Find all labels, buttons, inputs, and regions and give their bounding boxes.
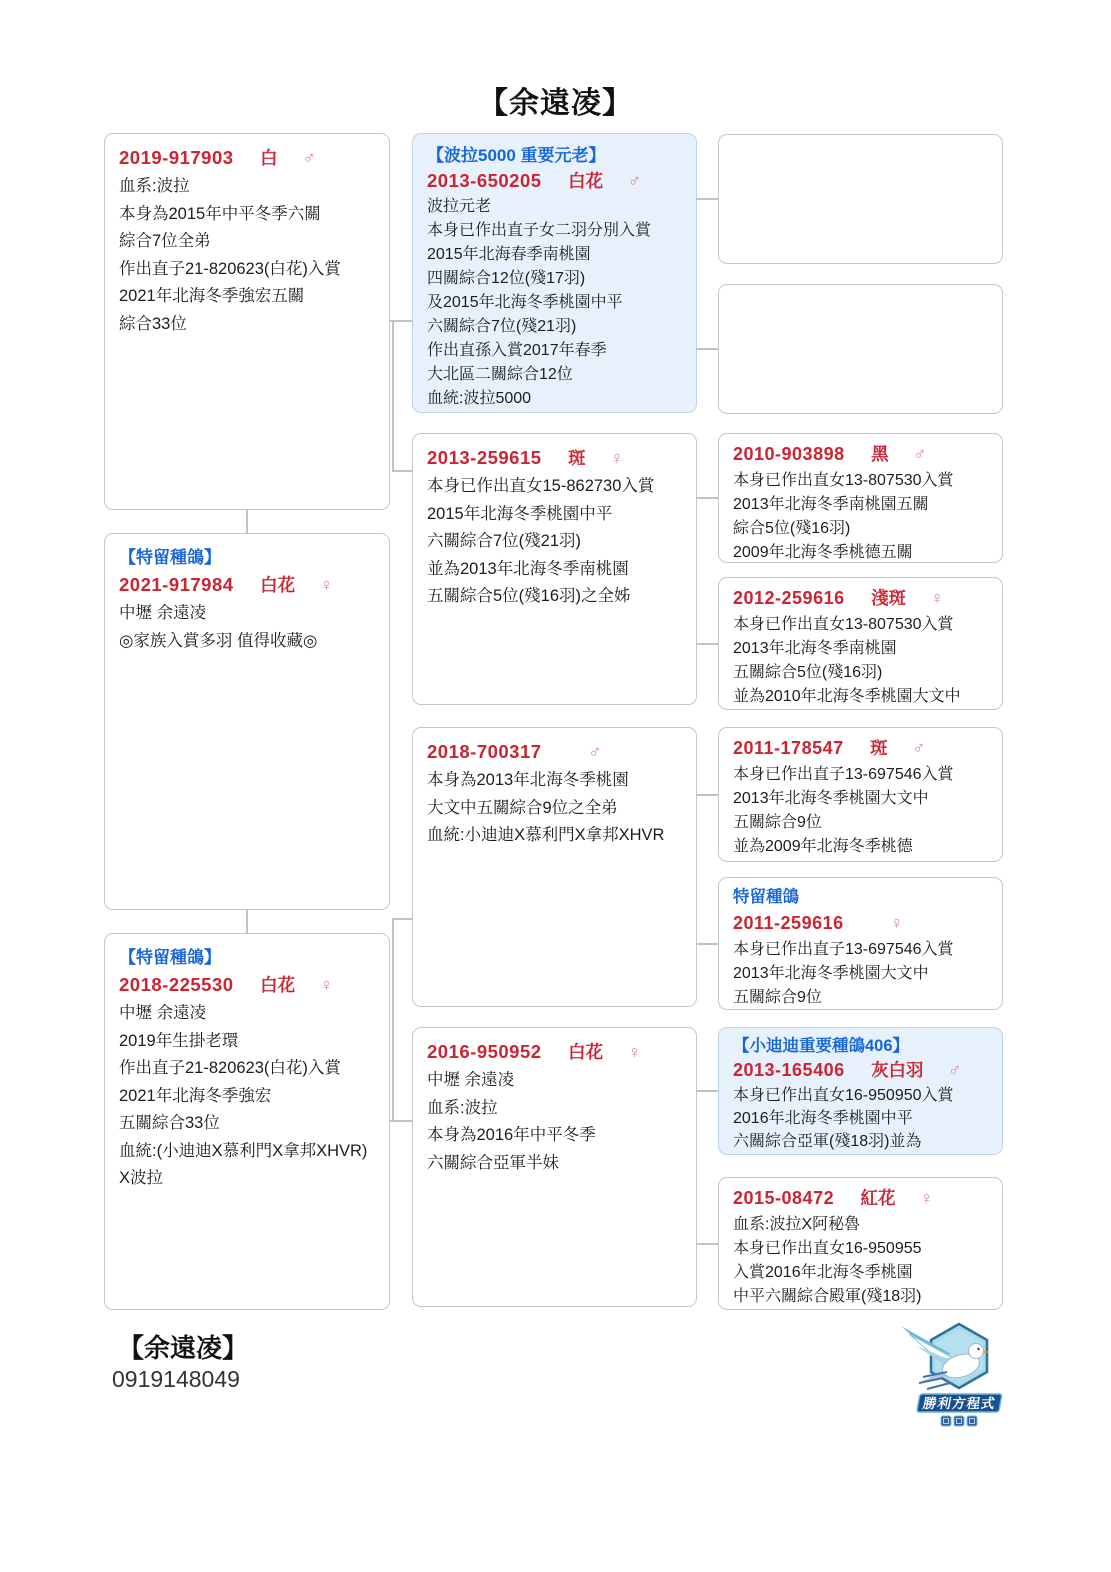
pedigree-text-line: 2021年北海冬季強宏 bbox=[119, 1083, 377, 1111]
box-content: 本身已作出直女13-807530入賞2013年北海冬季南桃園五關綜合5位(殘16… bbox=[733, 613, 990, 709]
pedigree-text-line: 綜合33位 bbox=[119, 311, 377, 339]
pedigree-text-line: 本身已作出直子女二羽分別入賞 bbox=[427, 219, 684, 243]
pedigree-text-line: 作出直子21-820623(白花)入賞 bbox=[119, 1055, 377, 1083]
pedigree-text-line: 中平六關綜合殿軍(殘18羽) bbox=[733, 1285, 990, 1309]
ring-line: 2011-178547 斑 ♂ bbox=[733, 735, 990, 763]
pedigree-text-line: 六關綜合7位(殘21羽) bbox=[427, 315, 684, 339]
ring-line: 2010-903898 黑 ♂ bbox=[733, 441, 990, 469]
connector-line bbox=[246, 910, 248, 934]
pedigree-text-line: 並為2009年北海冬季桃德 bbox=[733, 835, 990, 859]
ring-number: 2013-650205 bbox=[427, 170, 542, 191]
pedigree-box-paternal-granddam: 2013-259615 斑 ♀ 本身已作出直女15-862730入賞2015年北… bbox=[412, 433, 697, 705]
sex-symbol: ♂ bbox=[588, 742, 602, 762]
pedigree-text-line: 本身為2016年中平冬季 bbox=[427, 1122, 684, 1150]
pedigree-text-line: 2019年生掛老環 bbox=[119, 1028, 377, 1056]
pedigree-text-line: 本身已作出直子13-697546入賞 bbox=[733, 938, 990, 962]
ring-line: 2018-225530 白花 ♀ bbox=[119, 971, 377, 1000]
ring-line: 2013-165406 灰白羽 ♂ bbox=[733, 1058, 990, 1084]
ring-number: 2012-259616 bbox=[733, 588, 845, 608]
ring-line: 2012-259616 淺斑 ♀ bbox=[733, 585, 990, 613]
pedigree-text-line: 五關綜合9位 bbox=[733, 986, 990, 1010]
color-label: 黑 bbox=[871, 444, 889, 464]
pedigree-box-dam: 【特留種鴿】 2018-225530 白花 ♀ 中壢 余遠凌2019年生掛老環作… bbox=[104, 933, 390, 1310]
pedigree-text-line: 四關綜合12位(殘17羽) bbox=[427, 267, 684, 291]
connector-line bbox=[696, 198, 719, 200]
color-label: 灰白羽 bbox=[871, 1060, 924, 1080]
box-header: 特留種鴿 bbox=[733, 885, 990, 910]
pedigree-text-line: 本身已作出直女15-862730入賞 bbox=[427, 473, 684, 501]
ring-line: 2021-917984 白花 ♀ bbox=[119, 571, 377, 600]
ring-line: 2015-08472 紅花 ♀ bbox=[733, 1185, 990, 1213]
pedigree-text-line: 並為2013年北海冬季南桃園 bbox=[427, 556, 684, 584]
sex-symbol: ♂ bbox=[912, 738, 926, 758]
connector-line bbox=[696, 643, 719, 645]
ring-number: 2013-259615 bbox=[427, 447, 542, 468]
ring-line: 2018-700317 ♂ bbox=[427, 738, 684, 767]
victory-formula-logo: 勝利方程式 bbox=[893, 1320, 1015, 1438]
sex-symbol: ♂ bbox=[302, 148, 316, 168]
pedigree-box-maternal-grandsire: 2018-700317 ♂ 本身為2013年北海冬季桃園大文中五關綜合9位之全弟… bbox=[412, 727, 697, 1007]
color-label: 斑 bbox=[870, 738, 888, 758]
box-content: 本身已作出直子13-697546入賞2013年北海冬季桃園大文中五關綜合9位並為… bbox=[733, 763, 990, 859]
ring-number: 2019-917903 bbox=[119, 147, 234, 168]
color-label: 紅花 bbox=[861, 1188, 896, 1208]
ring-line: 2011-259616 ♀ bbox=[733, 910, 990, 938]
logo-badge-tiles bbox=[941, 1416, 977, 1426]
pedigree-text-line: 本身已作出直女13-807530入賞 bbox=[733, 469, 990, 493]
pedigree-box-sire: 2019-917903 白 ♂ 血系:波拉本身為2015年中平冬季六關綜合7位全… bbox=[104, 133, 390, 510]
connector-line bbox=[392, 320, 394, 471]
ring-line: 2019-917903 白 ♂ bbox=[119, 144, 377, 173]
pedigree-box-dd-sire: 【小迪迪重要種鴿406】 2013-165406 灰白羽 ♂ 本身已作出直女16… bbox=[718, 1027, 1003, 1155]
pedigree-text-line: 入賞2016年北海冬季桃園 bbox=[733, 1261, 990, 1285]
pedigree-text-line: 本身已作出直女16-950950入賞 bbox=[733, 1084, 990, 1107]
pedigree-text-line: 中壢 余遠凌 bbox=[427, 1067, 684, 1095]
pedigree-text-line: 並為2010年北海冬季桃園大文中 bbox=[733, 685, 990, 709]
box-header: 【特留種鴿】 bbox=[119, 944, 377, 971]
ring-number: 2018-225530 bbox=[119, 974, 234, 995]
sex-symbol: ♀ bbox=[628, 1042, 642, 1062]
sex-symbol: ♀ bbox=[610, 448, 624, 468]
pedigree-box-main-bird: 【特留種鴿】 2021-917984 白花 ♀ 中壢 余遠凌◎家族入賞多羽 值得… bbox=[104, 533, 390, 910]
box-content: 本身已作出直子13-697546入賞2013年北海冬季桃園大文中五關綜合9位 bbox=[733, 938, 990, 1010]
box-content: 中壢 余遠凌2019年生掛老環作出直子21-820623(白花)入賞2021年北… bbox=[119, 1000, 377, 1193]
box-content: 本身已作出直女13-807530入賞2013年北海冬季南桃園五關綜合5位(殘16… bbox=[733, 469, 990, 563]
pedigree-text-line: 五關綜合5位(殘16羽)之全姊 bbox=[427, 583, 684, 611]
pedigree-box-paternal-grandsire: 【波拉5000 重要元老】 2013-650205 白花 ♂ 波拉元老本身已作出… bbox=[412, 133, 697, 413]
pedigree-text-line: 作出直子21-820623(白花)入賞 bbox=[119, 256, 377, 284]
pedigree-text-line: 2015年北海冬季桃園中平 bbox=[427, 501, 684, 529]
connector-line bbox=[696, 794, 719, 796]
ring-number: 2015-08472 bbox=[733, 1188, 834, 1208]
pedigree-text-line: 五關綜合33位 bbox=[119, 1110, 377, 1138]
pedigree-text-line: 2009年北海冬季桃德五關 bbox=[733, 541, 990, 563]
pedigree-text-line: 綜合5位(殘16羽) bbox=[733, 517, 990, 541]
color-label: 淺斑 bbox=[871, 588, 906, 608]
connector-line bbox=[392, 918, 394, 1121]
pigeon-logo-graphic: 勝利方程式 bbox=[893, 1320, 1015, 1438]
connector-line bbox=[392, 918, 413, 920]
logo-text: 勝利方程式 bbox=[922, 1395, 997, 1411]
box-content: 本身已作出直女16-950950入賞2016年北海冬季桃園中平六關綜合亞軍(殘1… bbox=[733, 1084, 990, 1153]
pedigree-text-line: X波拉 bbox=[119, 1165, 377, 1193]
pedigree-text-line: 血統:(小迪迪X慕利門X拿邦XHVR) bbox=[119, 1138, 377, 1166]
pedigree-text-line: 五關綜合9位 bbox=[733, 811, 990, 835]
ring-number: 2013-165406 bbox=[733, 1060, 845, 1080]
page-title: 【余遠凌】 bbox=[0, 78, 1111, 122]
pedigree-text-line: 血系:波拉 bbox=[119, 173, 377, 201]
pedigree-box-sd-sire: 2010-903898 黑 ♂ 本身已作出直女13-807530入賞2013年北… bbox=[718, 433, 1003, 563]
logo-banner: 勝利方程式 bbox=[917, 1394, 1002, 1412]
pedigree-text-line: 本身為2015年中平冬季六關 bbox=[119, 201, 377, 229]
pedigree-text-line: 六關綜合亞軍半妹 bbox=[427, 1150, 684, 1178]
pedigree-text-line: 本身已作出直女13-807530入賞 bbox=[733, 613, 990, 637]
pedigree-text-line: 血系:波拉 bbox=[427, 1095, 684, 1123]
pedigree-text-line: 2013年北海冬季南桃園五關 bbox=[733, 493, 990, 517]
color-label: 斑 bbox=[568, 448, 586, 468]
ring-number: 2021-917984 bbox=[119, 574, 234, 595]
pigeon-head bbox=[969, 1344, 984, 1359]
pedigree-text-line: 本身已作出直子13-697546入賞 bbox=[733, 763, 990, 787]
pedigree-text-line: 2013年北海冬季桃園大文中 bbox=[733, 962, 990, 986]
ring-line: 2013-259615 斑 ♀ bbox=[427, 444, 684, 473]
pedigree-text-line: ◎家族入賞多羽 值得收藏◎ bbox=[119, 628, 377, 656]
box-content: 血系:波拉本身為2015年中平冬季六關綜合7位全弟作出直子21-820623(白… bbox=[119, 173, 377, 338]
connector-line bbox=[392, 470, 413, 472]
color-label: 白花 bbox=[260, 575, 295, 595]
pedigree-box-ss-sire-empty bbox=[718, 134, 1003, 264]
connector-line bbox=[696, 497, 719, 499]
pedigree-text-line: 六關綜合7位(殘21羽) bbox=[427, 528, 684, 556]
pedigree-text-line: 血系:波拉X阿秘魯 bbox=[733, 1213, 990, 1237]
connector-line bbox=[696, 943, 719, 945]
ring-number: 2016-950952 bbox=[427, 1041, 542, 1062]
color-label: 白花 bbox=[568, 1042, 603, 1062]
connector-line bbox=[696, 1243, 719, 1245]
box-content: 本身為2013年北海冬季桃園大文中五關綜合9位之全弟血統:小迪迪X慕利門X拿邦X… bbox=[427, 767, 684, 850]
ring-number: 2010-903898 bbox=[733, 444, 845, 464]
box-content: 本身已作出直女15-862730入賞2015年北海冬季桃園中平六關綜合7位(殘2… bbox=[427, 473, 684, 611]
pedigree-text-line: 2016年北海冬季桃園中平 bbox=[733, 1107, 990, 1130]
footer-loft-name: 【余遠凌】 bbox=[118, 1328, 248, 1365]
pedigree-text-line: 2013年北海冬季南桃園 bbox=[733, 637, 990, 661]
ring-number: 2011-178547 bbox=[733, 738, 844, 758]
pedigree-box-sd-dam: 2012-259616 淺斑 ♀ 本身已作出直女13-807530入賞2013年… bbox=[718, 577, 1003, 710]
pedigree-text-line: 六關綜合亞軍(殘18羽)並為 bbox=[733, 1130, 990, 1153]
connector-line bbox=[246, 510, 248, 534]
pedigree-text-line: 五關綜合5位(殘16羽) bbox=[733, 661, 990, 685]
pedigree-box-maternal-granddam: 2016-950952 白花 ♀ 中壢 余遠凌血系:波拉本身為2016年中平冬季… bbox=[412, 1027, 697, 1307]
box-header: 【波拉5000 重要元老】 bbox=[427, 144, 684, 168]
color-label: 白 bbox=[260, 148, 278, 168]
pedigree-box-dd-dam: 2015-08472 紅花 ♀ 血系:波拉X阿秘魯本身已作出直女16-95095… bbox=[718, 1177, 1003, 1310]
box-header: 【小迪迪重要種鴿406】 bbox=[733, 1035, 990, 1058]
ring-number: 2011-259616 bbox=[733, 913, 844, 933]
pedigree-text-line: 作出直孫入賞2017年春季 bbox=[427, 339, 684, 363]
pedigree-text-line: 波拉元老 bbox=[427, 195, 684, 219]
pigeon-eye bbox=[977, 1348, 979, 1350]
pedigree-text-line: 中壢 余遠凌 bbox=[119, 600, 377, 628]
connector-line bbox=[696, 1090, 719, 1092]
pedigree-text-line: 2013年北海冬季桃園大文中 bbox=[733, 787, 990, 811]
pedigree-text-line: 血統:小迪迪X慕利門X拿邦XHVR bbox=[427, 822, 684, 850]
pedigree-text-line: 中壢 余遠凌 bbox=[119, 1000, 377, 1028]
sex-symbol: ♀ bbox=[320, 975, 334, 995]
pedigree-text-line: 本身為2013年北海冬季桃園 bbox=[427, 767, 684, 795]
sex-symbol: ♀ bbox=[931, 588, 945, 608]
pedigree-box-ds-dam: 特留種鴿 2011-259616 ♀ 本身已作出直子13-697546入賞201… bbox=[718, 877, 1003, 1010]
pedigree-text-line: 本身已作出直女16-950955 bbox=[733, 1237, 990, 1261]
sex-symbol: ♂ bbox=[948, 1060, 962, 1080]
ring-line: 2013-650205 白花 ♂ bbox=[427, 168, 684, 195]
ring-line: 2016-950952 白花 ♀ bbox=[427, 1038, 684, 1067]
pedigree-text-line: 血統:波拉5000 bbox=[427, 387, 684, 411]
box-content: 血系:波拉X阿秘魯本身已作出直女16-950955入賞2016年北海冬季桃園中平… bbox=[733, 1213, 990, 1309]
sex-symbol: ♀ bbox=[320, 575, 334, 595]
sex-symbol: ♀ bbox=[920, 1188, 934, 1208]
pedigree-text-line: 綜合7位全弟 bbox=[119, 228, 377, 256]
sex-symbol: ♂ bbox=[628, 171, 642, 191]
box-content: 中壢 余遠凌血系:波拉本身為2016年中平冬季六關綜合亞軍半妹 bbox=[427, 1067, 684, 1177]
pedigree-text-line: 大北區二關綜合12位 bbox=[427, 363, 684, 387]
ring-number: 2018-700317 bbox=[427, 741, 542, 762]
connector-line bbox=[696, 348, 719, 350]
box-content: 波拉元老本身已作出直子女二羽分別入賞2015年北海春季南桃園四關綜合12位(殘1… bbox=[427, 195, 684, 411]
box-header: 【特留種鴿】 bbox=[119, 544, 377, 571]
pedigree-text-line: 及2015年北海冬季桃園中平 bbox=[427, 291, 684, 315]
box-content: 中壢 余遠凌◎家族入賞多羽 值得收藏◎ bbox=[119, 600, 377, 655]
pedigree-text-line: 2021年北海冬季強宏五關 bbox=[119, 283, 377, 311]
speed-streak bbox=[927, 1383, 950, 1389]
pedigree-text-line: 大文中五關綜合9位之全弟 bbox=[427, 795, 684, 823]
sex-symbol: ♀ bbox=[890, 913, 904, 933]
color-label: 白花 bbox=[568, 171, 603, 191]
pedigree-box-ds-sire: 2011-178547 斑 ♂ 本身已作出直子13-697546入賞2013年北… bbox=[718, 727, 1003, 862]
sex-symbol: ♂ bbox=[913, 444, 927, 464]
color-label: 白花 bbox=[260, 975, 295, 995]
pedigree-text-line: 2015年北海春季南桃園 bbox=[427, 243, 684, 267]
pedigree-box-ss-dam-empty bbox=[718, 284, 1003, 414]
footer-phone-number: 0919148049 bbox=[112, 1366, 240, 1393]
